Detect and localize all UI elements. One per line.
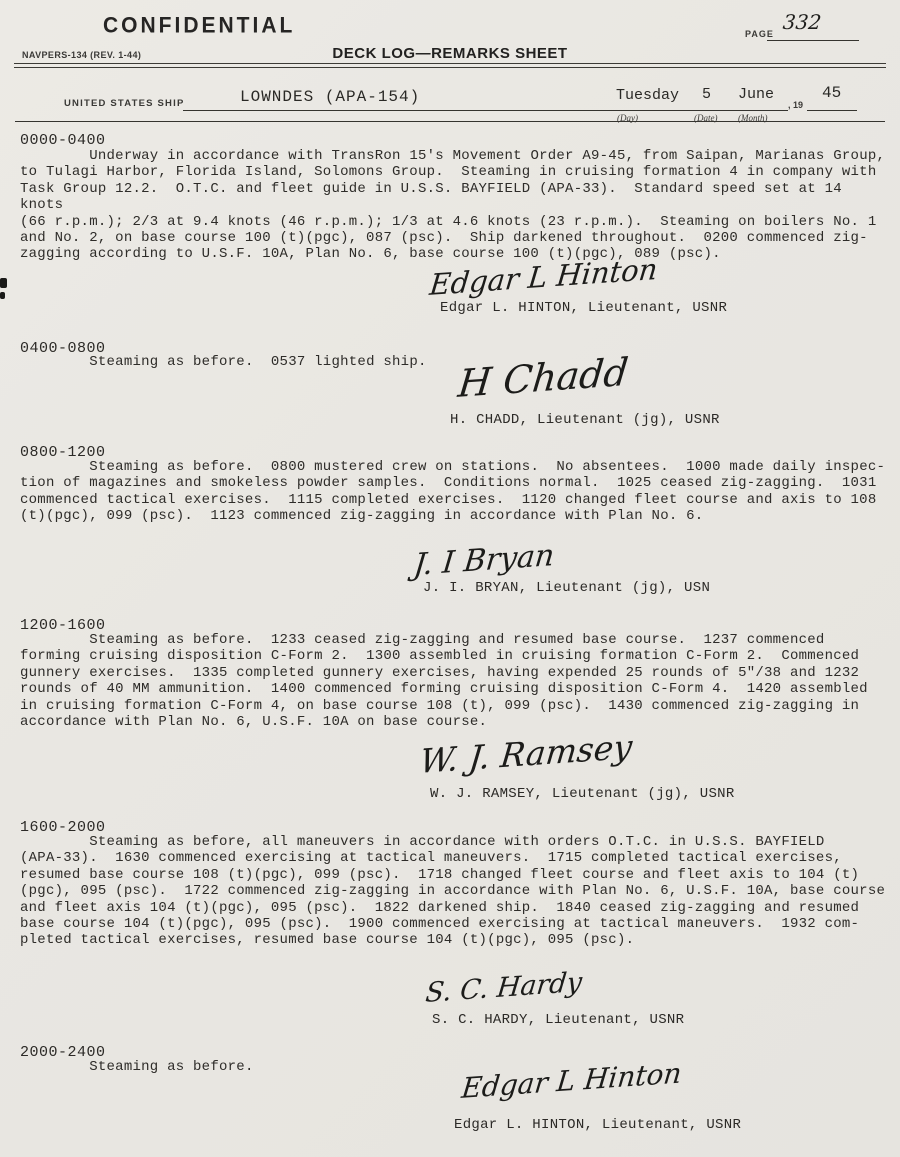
log-entry-text: Steaming as before. 0800 mustered crew o… bbox=[20, 459, 888, 525]
date-day-value: Tuesday bbox=[616, 87, 679, 104]
ship-label: UNITED STATES SHIP bbox=[64, 98, 184, 109]
signature-typed: W. J. RAMSEY, Lieutenant (jg), USNR bbox=[430, 786, 735, 802]
page-label: PAGE bbox=[745, 29, 774, 39]
header-rule bbox=[14, 63, 886, 68]
signature-typed: S. C. HARDY, Lieutenant, USNR bbox=[432, 1012, 684, 1028]
classification-stamp: CONFIDENTIAL bbox=[103, 13, 295, 38]
log-entry-text: Steaming as before. 0537 lighted ship. bbox=[20, 354, 888, 370]
page-number: 332 bbox=[782, 10, 823, 34]
signature-typed: H. CHADD, Lieutenant (jg), USNR bbox=[450, 412, 720, 428]
ship-name: LOWNDES (APA-154) bbox=[240, 88, 420, 106]
date-year-value: 45 bbox=[822, 84, 841, 102]
log-entry-text: Steaming as before. bbox=[20, 1059, 888, 1075]
signature-handwritten: S. C. Hardy bbox=[424, 967, 584, 1009]
document-title: DECK LOG—REMARKS SHEET bbox=[0, 45, 900, 62]
header-bottom-rule bbox=[15, 121, 885, 122]
year-underline bbox=[807, 110, 857, 111]
deck-log-page: CONFIDENTIAL PAGE 332 NAVPERS-134 (REV. … bbox=[0, 0, 900, 1157]
signature-typed: J. I. BRYAN, Lieutenant (jg), USN bbox=[423, 580, 710, 596]
date-underline bbox=[608, 110, 788, 111]
year-prefix: , 19 bbox=[788, 100, 803, 110]
log-entry-text: Steaming as before. 1233 ceased zig-zagg… bbox=[20, 632, 888, 730]
ship-name-underline bbox=[183, 110, 608, 111]
log-entry-text: Steaming as before, all maneuvers in acc… bbox=[20, 834, 888, 949]
signature-typed: Edgar L. HINTON, Lieutenant, USNR bbox=[440, 300, 727, 316]
signature-typed: Edgar L. HINTON, Lieutenant, USNR bbox=[454, 1117, 741, 1133]
signature-handwritten: J. I Bryan bbox=[412, 538, 556, 583]
date-month-value: June bbox=[738, 86, 774, 103]
log-entry-text: Underway in accordance with TransRon 15'… bbox=[20, 148, 888, 263]
date-date-value: 5 bbox=[702, 86, 711, 103]
scan-artifact bbox=[0, 278, 7, 288]
scan-artifact bbox=[0, 292, 5, 299]
page-number-underline bbox=[767, 40, 859, 41]
watch-period: 0000-0400 bbox=[20, 132, 106, 149]
signature-handwritten: W. J. Ramsey bbox=[418, 727, 634, 781]
